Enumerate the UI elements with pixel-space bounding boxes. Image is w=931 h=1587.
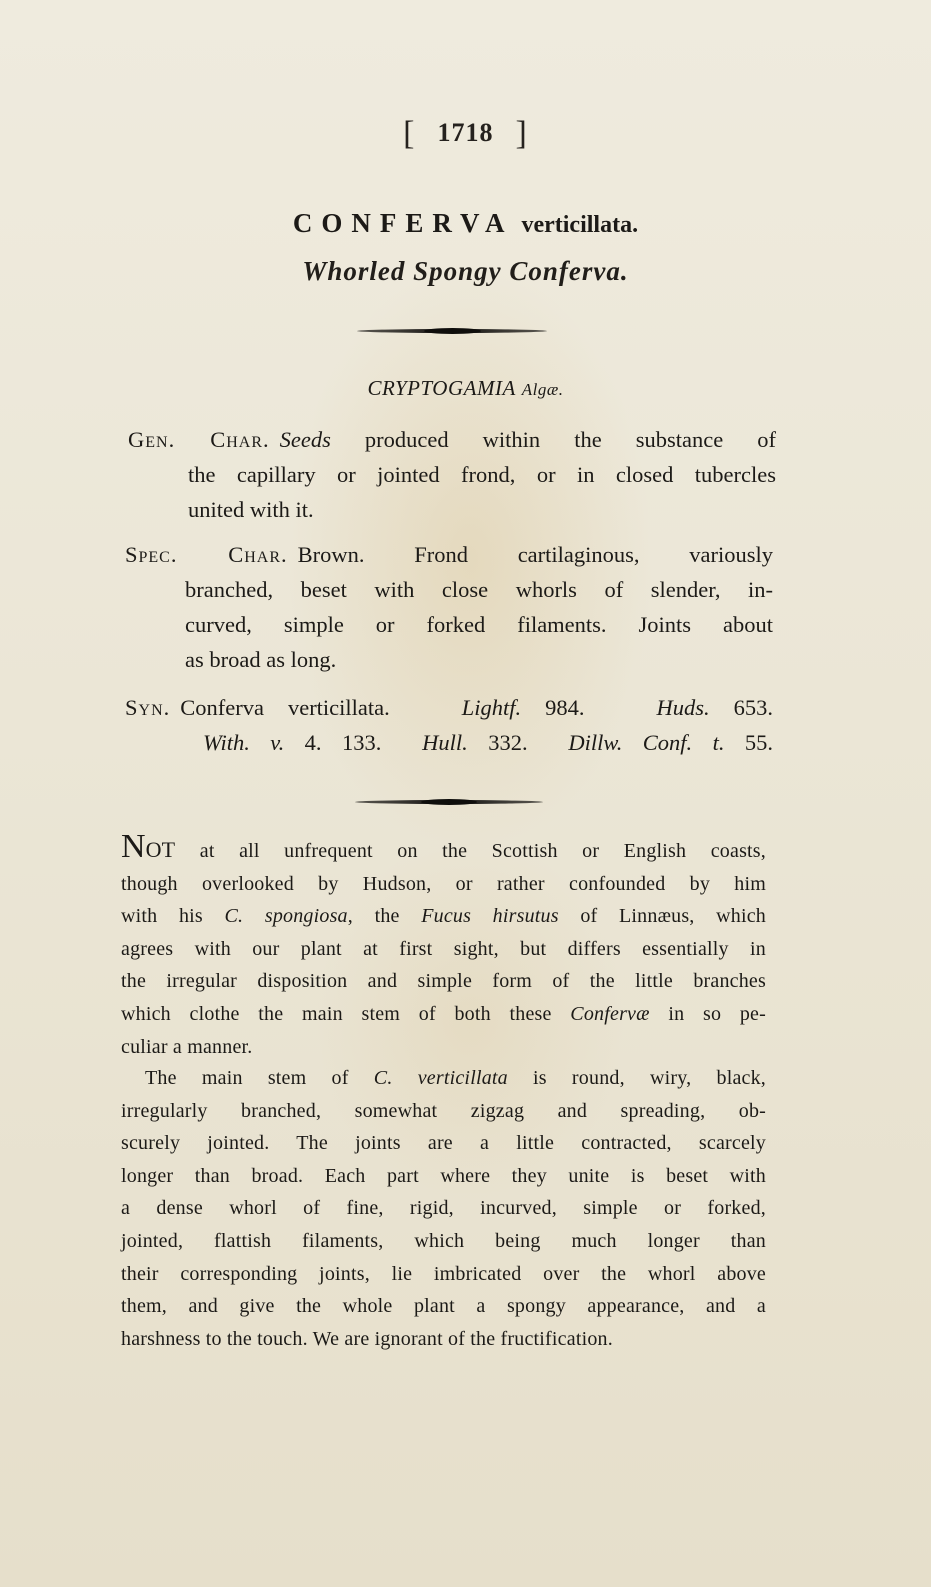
class-name: CRYPTOGAMIA bbox=[368, 376, 516, 400]
species-title: CONFERVAverticillata. bbox=[0, 208, 931, 240]
specific-character: Spec. Char.Brown. Frond cartilaginous, v… bbox=[125, 537, 773, 677]
paragraph-2: The main stem of C. verticillata is roun… bbox=[121, 1062, 766, 1355]
order-name: Algæ. bbox=[522, 380, 564, 399]
ref-author: With. v. bbox=[203, 730, 284, 755]
ref-value: 55. bbox=[745, 730, 773, 755]
specific-character-line: as broad as long. bbox=[125, 642, 773, 677]
generic-character-line: the capillary or jointed frond, or in cl… bbox=[128, 457, 776, 492]
paragraph-line: agrees with our plant at first sight, bu… bbox=[121, 933, 766, 966]
synonyms: Syn.Conferva verticillata. Lightf. 984. … bbox=[125, 690, 773, 760]
text-run: in so pe- bbox=[650, 1003, 766, 1025]
paragraph-line: with his C. spongiosa, the Fucus hirsutu… bbox=[121, 900, 766, 933]
paragraph-line: the irregular disposition and simple for… bbox=[121, 965, 766, 998]
ref-value: 653. bbox=[734, 695, 773, 720]
taxon-italic: Fucus hirsutus bbox=[421, 905, 559, 927]
taxon-italic: C. verticillata bbox=[374, 1067, 508, 1089]
paragraph-line: harshness to the touch. We are ignorant … bbox=[121, 1323, 766, 1356]
ref-value: 984. bbox=[545, 695, 584, 720]
specific-character-line: curved, simple or forked filaments. Join… bbox=[125, 607, 773, 642]
paragraph-line: scurely jointed. The joints are a little… bbox=[121, 1127, 766, 1160]
ornamental-rule-bottom bbox=[355, 800, 543, 804]
paragraph-line: their corresponding joints, lie imbricat… bbox=[121, 1258, 766, 1291]
bracket-open: [ bbox=[403, 115, 415, 153]
text-run: The main stem of bbox=[145, 1067, 374, 1089]
paragraph-line: NOT at all unfrequent on the Scottish or… bbox=[121, 834, 766, 868]
book-page: [1718] CONFERVAverticillata. Whorled Spo… bbox=[0, 0, 931, 1587]
text-run: is round, wiry, black, bbox=[508, 1067, 766, 1089]
generic-character-line: united with it. bbox=[128, 492, 776, 527]
synonyms-line: Syn.Conferva verticillata. Lightf. 984. … bbox=[125, 690, 773, 725]
ref-value: 4. 133. bbox=[305, 730, 382, 755]
taxon-italic: Confervæ bbox=[570, 1003, 649, 1025]
generic-character-label: Gen. Char. bbox=[128, 427, 270, 452]
species-name: verticillata. bbox=[521, 212, 638, 238]
ref-author: Lightf. bbox=[462, 695, 521, 720]
classification: CRYPTOGAMIAAlgæ. bbox=[0, 376, 931, 401]
text-run: , the bbox=[348, 905, 421, 927]
paragraph-line: though overlooked by Hudson, or rather c… bbox=[121, 868, 766, 901]
page-number: [1718] bbox=[0, 112, 931, 150]
paragraph-line: which clothe the main stem of both these… bbox=[121, 998, 766, 1031]
drop-cap: N bbox=[121, 828, 146, 865]
ref-author: Hull. bbox=[422, 730, 468, 755]
paragraph-line: jointed, flattish filaments, which being… bbox=[121, 1225, 766, 1258]
ornamental-rule-top bbox=[357, 329, 547, 333]
synonyms-line: With. v. 4. 133. Hull. 332. Dillw. Conf.… bbox=[125, 725, 773, 760]
taxon-italic: C. spongiosa bbox=[225, 905, 348, 927]
ref-author: Dillw. Conf. t. bbox=[568, 730, 724, 755]
paragraph-line: a dense whorl of fine, rigid, incurved, … bbox=[121, 1192, 766, 1225]
text-run: at all unfrequent on the Scottish or Eng… bbox=[175, 840, 766, 862]
ref-author: Huds. bbox=[657, 695, 710, 720]
paragraph-1: NOT at all unfrequent on the Scottish or… bbox=[121, 834, 766, 1063]
ref-value: 332. bbox=[488, 730, 527, 755]
specific-character-line: Spec. Char.Brown. Frond cartilaginous, v… bbox=[125, 537, 773, 572]
generic-character: Gen. Char.Seeds produced within the subs… bbox=[128, 422, 776, 527]
genus-name: CONFERVA bbox=[293, 208, 514, 238]
paragraph-line: irregularly branched, somewhat zigzag an… bbox=[121, 1095, 766, 1128]
paragraph-line: them, and give the whole plant a spongy … bbox=[121, 1290, 766, 1323]
small-caps-lead: OT bbox=[146, 837, 176, 862]
paragraph-line: The main stem of C. verticillata is roun… bbox=[121, 1062, 766, 1095]
specific-character-line: branched, beset with close whorls of sle… bbox=[125, 572, 773, 607]
paragraph-line: culiar a manner. bbox=[121, 1031, 766, 1064]
text-run: Brown. Frond cartilaginous, variously bbox=[298, 542, 773, 567]
page-number-value: 1718 bbox=[438, 118, 494, 147]
specific-character-label: Spec. Char. bbox=[125, 542, 288, 567]
paragraph-line: longer than broad. Each part where they … bbox=[121, 1160, 766, 1193]
synonyms-label: Syn. bbox=[125, 695, 170, 720]
seeds-italic: Seeds bbox=[280, 427, 331, 452]
text-run: which clothe the main stem of both these bbox=[121, 1003, 570, 1025]
text-run: with his bbox=[121, 905, 225, 927]
text-run: of Linnæus, which bbox=[559, 905, 766, 927]
generic-character-line: Gen. Char.Seeds produced within the subs… bbox=[128, 422, 776, 457]
text-run: produced within the substance of bbox=[331, 427, 776, 452]
synonym-name: Conferva verticillata. bbox=[180, 695, 390, 720]
bracket-close: ] bbox=[516, 115, 528, 153]
common-name: Whorled Spongy Conferva. bbox=[0, 256, 931, 287]
